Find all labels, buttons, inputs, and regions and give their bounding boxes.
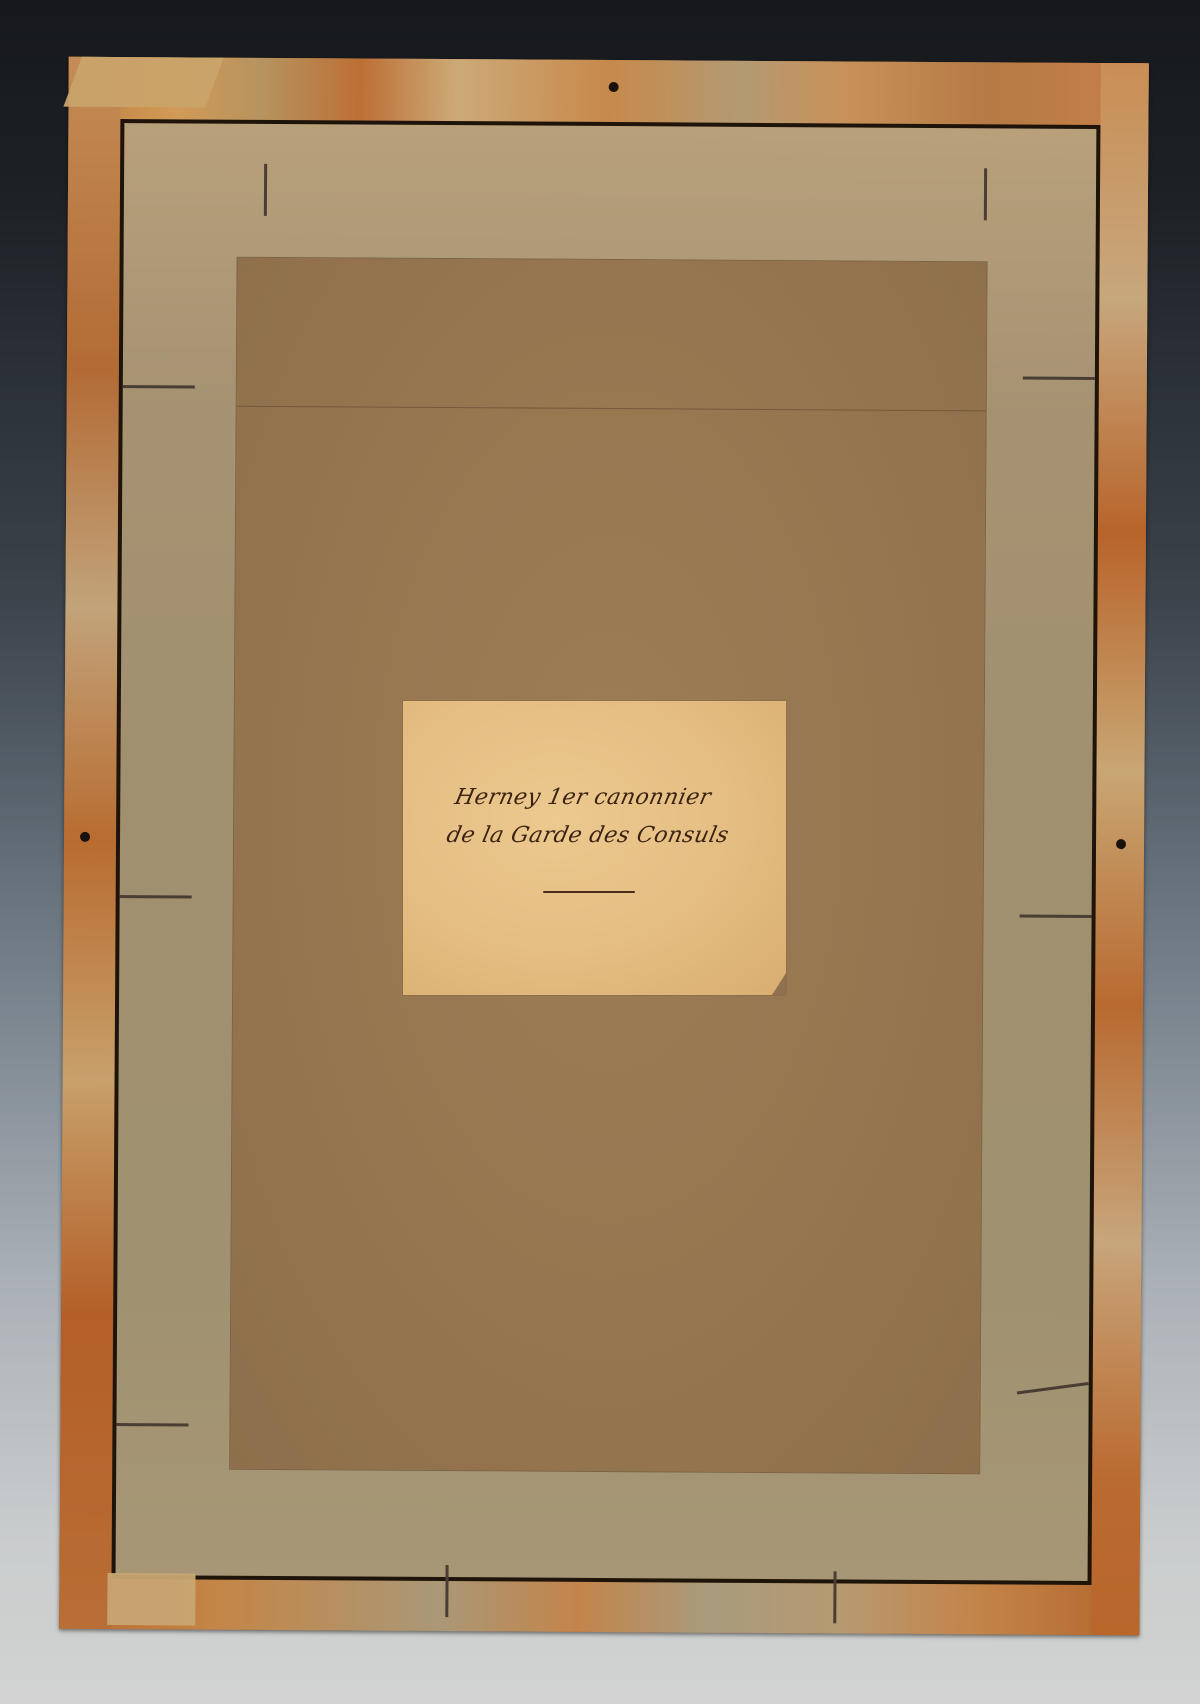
label-line-1: Herney 1er canonnier (451, 779, 779, 817)
label-text: Herney 1er canonnier de la Garde des Con… (443, 779, 779, 855)
nail-icon (1020, 915, 1092, 918)
nail-icon (116, 1423, 188, 1426)
nail-icon (984, 168, 987, 220)
label-underline (543, 891, 635, 893)
tape-strip (63, 57, 224, 108)
nail-icon (264, 164, 267, 216)
board-seam (237, 406, 986, 412)
nail-icon (1023, 377, 1095, 380)
hanging-hole-icon (1116, 839, 1126, 849)
hanging-hole-icon (609, 82, 619, 92)
label-line-2: de la Garde des Consuls (443, 817, 771, 855)
frame-left-rail (59, 57, 121, 1629)
frame-bottom-rail (59, 1579, 1139, 1636)
nail-icon (123, 385, 195, 388)
tape-strip (107, 1573, 195, 1626)
nail-icon (120, 895, 192, 898)
nail-icon (833, 1571, 836, 1623)
handwritten-label: Herney 1er canonnier de la Garde des Con… (403, 701, 786, 995)
hanging-hole-icon (80, 832, 90, 842)
frame-top-rail (68, 57, 1148, 126)
nail-icon (1017, 1382, 1089, 1395)
label-torn-corner (772, 973, 786, 995)
nail-icon (445, 1565, 448, 1617)
